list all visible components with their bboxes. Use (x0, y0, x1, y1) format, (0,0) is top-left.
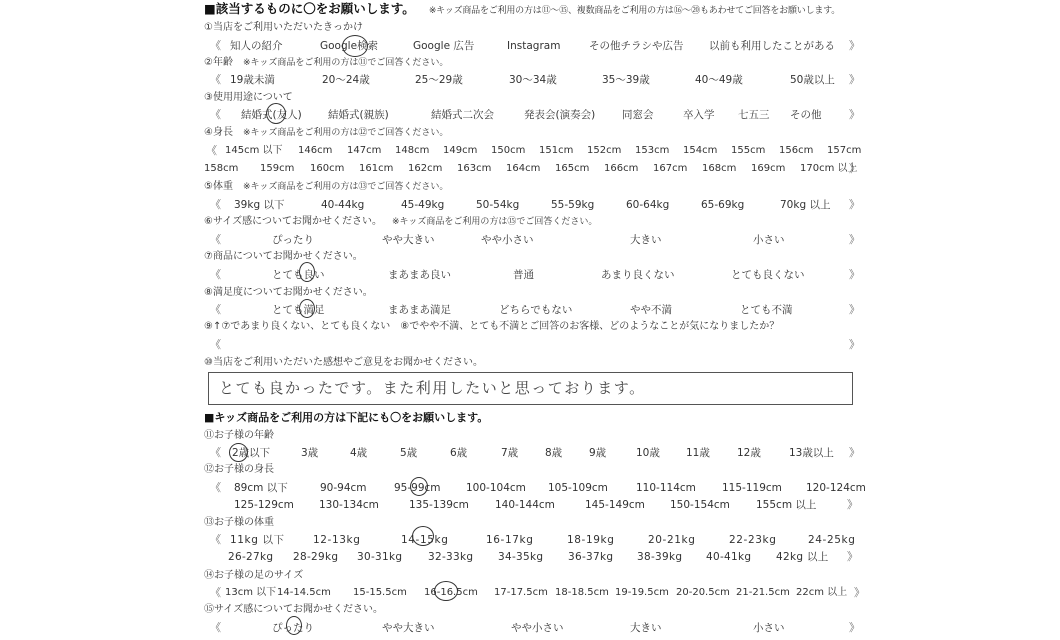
q4-option[interactable]: 161cm (359, 161, 393, 177)
q11-option[interactable]: 10歳 (636, 445, 660, 461)
q12-option[interactable]: 110-114cm (636, 480, 696, 496)
q15-option[interactable]: 小さい (753, 620, 785, 636)
q10-label: ⑩当店をご利用いただいた感想やご意見をお聞かせください。 (204, 356, 483, 370)
q14-option[interactable]: 13cm 以下 (225, 585, 276, 601)
q3-option[interactable]: 結婚式(親族) (328, 107, 389, 123)
q6-options: 《 ぴったり やや大きい やや小さい 大きい 小さい 》 (204, 232, 864, 248)
q1-option[interactable]: Google 広告 (413, 38, 474, 54)
q13-option[interactable]: 30-31kg (357, 549, 402, 565)
bracket-open: 《 (210, 197, 221, 213)
q6-option[interactable]: やや大きい (382, 232, 435, 248)
q1-options: 《 知人の紹介 Google検索 Google 広告 Instagram その他… (204, 38, 864, 54)
q14-option[interactable]: 22cm 以上 (796, 585, 847, 601)
q4-option[interactable]: 163cm (457, 161, 491, 177)
q4-label-text: ④身長 (204, 127, 233, 138)
q14-label: ⑭お子様の足のサイズ (204, 569, 303, 583)
q3-option[interactable]: 結婚式二次会 (431, 107, 494, 123)
q7-option[interactable]: あまり良くない (601, 267, 675, 283)
q6-note: ※キッズ商品をご利用の方は⑮でご回答ください。 (392, 217, 597, 227)
q12-option[interactable]: 100-104cm (466, 480, 526, 496)
q13-option[interactable]: 40-41kg (706, 549, 751, 565)
bracket-close: 》 (847, 497, 858, 513)
q5-label-text: ⑤体重 (204, 181, 233, 192)
q12-option[interactable]: 135-139cm (409, 497, 469, 513)
q8-label: ⑧満足度についてお聞かせください。 (204, 286, 373, 300)
q7-option[interactable]: 普通 (513, 267, 534, 283)
q11-option[interactable]: 9歳 (589, 445, 606, 461)
bracket-close: 》 (849, 620, 860, 636)
q6-option[interactable]: 小さい (753, 232, 785, 248)
q4-option[interactable]: 167cm (653, 161, 687, 177)
q3-option[interactable]: 同窓会 (622, 107, 654, 123)
q3-option[interactable]: 発表会(演奏会) (524, 107, 595, 123)
q13-option[interactable]: 42kg 以上 (776, 549, 829, 565)
q12-option[interactable]: 145-149cm (585, 497, 645, 513)
q7-option[interactable]: とても良くない (731, 267, 805, 283)
q14-option[interactable]: 17-17.5cm (494, 585, 548, 601)
q6-option[interactable]: やや小さい (481, 232, 534, 248)
bracket-open: 《 (206, 143, 217, 159)
q4-option[interactable]: 169cm (751, 161, 785, 177)
q13-option[interactable]: 22-23kg (729, 532, 776, 548)
bracket-open: 《 (210, 232, 221, 248)
q4-option[interactable]: 168cm (702, 161, 736, 177)
q13-label: ⑬お子様の体重 (204, 516, 274, 530)
q6-label: ⑥サイズ感についてお聞かせください。※キッズ商品をご利用の方は⑮でご回答ください… (204, 215, 597, 229)
q5-options: 《 39kg 以下 40-44kg 45-49kg 50-54kg 55-59k… (204, 197, 864, 213)
q15-option[interactable]: やや小さい (511, 620, 564, 636)
q13-option[interactable]: 34-35kg (498, 549, 543, 565)
q11-label: ⑪お子様の年齢 (204, 429, 274, 443)
q13-option[interactable]: 20-21kg (648, 532, 695, 548)
bracket-close: 》 (847, 549, 858, 565)
q1-option-selected[interactable]: Google検索 (320, 38, 378, 54)
q5-note: ※キッズ商品をご利用の方は⑬でご回答ください。 (243, 182, 448, 192)
q4-option[interactable]: 156cm (779, 143, 813, 159)
bracket-open: 《 (210, 302, 221, 318)
bracket-close: 》 (849, 38, 860, 54)
q3-option[interactable]: 七五三 (738, 107, 770, 123)
bracket-close: 》 (849, 197, 860, 213)
q10-comment-box[interactable]: とても良かったです。また利用したいと思っております。 (208, 372, 853, 405)
q4-option[interactable]: 154cm (683, 143, 717, 159)
q12-option-selected[interactable]: 95-99cm (394, 480, 441, 496)
q6-label-text: ⑥サイズ感についてお聞かせください。 (204, 216, 382, 227)
q2-option[interactable]: 25〜29歳 (415, 72, 463, 88)
q3-options: 《 結婚式(友人) 結婚式(親族) 結婚式二次会 発表会(演奏会) 同窓会 卒入… (204, 107, 864, 123)
bracket-close: 》 (849, 337, 860, 353)
q1-option[interactable]: 知人の紹介 (230, 38, 283, 54)
q2-option[interactable]: 30〜34歳 (509, 72, 557, 88)
bracket-open: 《 (210, 107, 221, 123)
bracket-close: 》 (849, 267, 860, 283)
q5-option[interactable]: 39kg 以下 (234, 197, 284, 213)
q14-option-selected[interactable]: 16-16.5cm (424, 585, 478, 601)
q3-option[interactable]: その他 (790, 107, 822, 123)
q4-options-line1: 《 145cm 以下 146cm 147cm 148cm 149cm 150cm… (204, 143, 864, 159)
q8-options: 《 とても満足 まあまあ満足 どちらでもない やや不満 とても不満 》 (204, 302, 864, 318)
q5-option[interactable]: 60-64kg (626, 197, 669, 213)
q9-label: ⑨↑⑦であまり良くない、とても良くない ⑧でやや不満、とても不満とご回答のお客様… (204, 320, 779, 334)
q14-option[interactable]: 21-21.5cm (736, 585, 790, 601)
q11-option[interactable]: 4歳 (350, 445, 367, 461)
q14-option[interactable]: 18-18.5cm (555, 585, 609, 601)
q2-note: ※キッズ商品をご利用の方は⑪でご回答ください。 (243, 58, 448, 68)
q12-option[interactable]: 125-129cm (234, 497, 294, 513)
q2-options: 《 19歳未満 20〜24歳 25〜29歳 30〜34歳 35〜39歳 40〜4… (204, 72, 864, 88)
q11-option-selected[interactable]: 2歳以下 (232, 445, 270, 461)
bracket-close: 》 (849, 72, 860, 88)
bracket-close: 》 (849, 107, 860, 123)
q4-option[interactable]: 146cm (298, 143, 332, 159)
q8-option-selected[interactable]: とても満足 (272, 302, 325, 318)
q12-option[interactable]: 150-154cm (670, 497, 730, 513)
q3-option[interactable]: 卒入学 (683, 107, 715, 123)
q11-option[interactable]: 8歳 (545, 445, 562, 461)
q2-label: ②年齢※キッズ商品をご利用の方は⑪でご回答ください。 (204, 56, 448, 70)
q13-option[interactable]: 28-29kg (293, 549, 338, 565)
q12-option[interactable]: 130-134cm (319, 497, 379, 513)
q12-option[interactable]: 115-119cm (722, 480, 782, 496)
q5-option[interactable]: 50-54kg (476, 197, 519, 213)
q13-option[interactable]: 36-37kg (568, 549, 613, 565)
q2-option[interactable]: 35〜39歳 (602, 72, 650, 88)
q14-option[interactable]: 20-20.5cm (676, 585, 730, 601)
q12-option[interactable]: 105-109cm (548, 480, 608, 496)
q13-options-line2: 26-27kg 28-29kg 30-31kg 32-33kg 34-35kg … (204, 549, 869, 565)
q13-option[interactable]: 32-33kg (428, 549, 473, 565)
bracket-open: 《 (210, 445, 221, 461)
q5-option[interactable]: 45-49kg (401, 197, 444, 213)
kids-section-title: ■キッズ商品をご利用の方は下記にも〇をお願いします。 (204, 410, 488, 425)
q2-option[interactable]: 40〜49歳 (695, 72, 743, 88)
q11-option[interactable]: 12歳 (737, 445, 761, 461)
bracket-open: 《 (210, 38, 221, 54)
q8-option[interactable]: とても不満 (740, 302, 793, 318)
q5-option[interactable]: 55-59kg (551, 197, 594, 213)
q8-option[interactable]: どちらでもない (499, 302, 572, 318)
q13-option[interactable]: 18-19kg (567, 532, 614, 548)
q8-option[interactable]: まあまあ満足 (388, 302, 451, 318)
q4-option[interactable]: 145cm 以下 (225, 143, 283, 159)
q7-options: 《 とても良い まあまあ良い 普通 あまり良くない とても良くない 》 (204, 267, 864, 283)
form-title-note: ※キッズ商品をご利用の方は⑪〜⑮、複数商品をご利用の方は⑯〜⑳もあわせてご回答を… (429, 6, 840, 16)
q15-options: 《 ぴったり やや大きい やや小さい 大きい 小さい 》 (204, 620, 864, 636)
q4-options-line2: 158cm 159cm 160cm 161cm 162cm 163cm 164c… (204, 161, 864, 177)
q5-option[interactable]: 40-44kg (321, 197, 364, 213)
bracket-close: 》 (849, 302, 860, 318)
q13-option[interactable]: 38-39kg (637, 549, 682, 565)
bracket-open: 《 (210, 267, 221, 283)
q1-label: ①当店をご利用いただいたきっかけ (204, 21, 363, 35)
q3-option-selected[interactable]: 結婚式(友人) (241, 107, 302, 123)
q15-option-selected[interactable]: ぴったり (272, 620, 314, 636)
q13-option[interactable]: 26-27kg (228, 549, 273, 565)
q7-option[interactable]: まあまあ良い (388, 267, 451, 283)
bracket-open: 《 (210, 480, 221, 496)
q12-options-line2: 125-129cm 130-134cm 135-139cm 140-144cm … (204, 497, 869, 513)
bracket-close: 》 (849, 232, 860, 248)
q5-option[interactable]: 65-69kg (701, 197, 744, 213)
q11-options: 《 2歳以下 3歳 4歳 5歳 6歳 7歳 8歳 9歳 10歳 11歳 12歳 … (204, 445, 864, 461)
q12-option[interactable]: 89cm 以下 (234, 480, 288, 496)
q12-option[interactable]: 140-144cm (495, 497, 555, 513)
q4-option[interactable]: 162cm (408, 161, 442, 177)
q11-option[interactable]: 13歳以上 (789, 445, 834, 461)
q11-option[interactable]: 7歳 (501, 445, 518, 461)
form-title-text: ■該当するものに〇をお願いします。 (204, 1, 415, 16)
q12-option[interactable]: 90-94cm (320, 480, 367, 496)
q14-option[interactable]: 14-14.5cm (277, 585, 331, 601)
q4-option[interactable]: 148cm (395, 143, 429, 159)
q13-option[interactable]: 11kg 以下 (230, 532, 285, 548)
q11-option[interactable]: 5歳 (400, 445, 417, 461)
bracket-close: 》 (854, 585, 865, 601)
q4-option[interactable]: 160cm (310, 161, 344, 177)
q4-option[interactable]: 159cm (260, 161, 294, 177)
form-title: ■該当するものに〇をお願いします。※キッズ商品をご利用の方は⑪〜⑮、複数商品をご… (204, 1, 840, 17)
q5-label: ⑤体重※キッズ商品をご利用の方は⑬でご回答ください。 (204, 180, 448, 194)
q15-option[interactable]: やや大きい (382, 620, 435, 636)
survey-form: ■該当するものに〇をお願いします。※キッズ商品をご利用の方は⑪〜⑮、複数商品をご… (0, 0, 1060, 640)
q4-option[interactable]: 153cm (635, 143, 669, 159)
q13-options-line1: 《 11kg 以下 12-13kg 14-15kg 16-17kg 18-19k… (204, 532, 869, 548)
q4-option[interactable]: 151cm (539, 143, 573, 159)
q11-option[interactable]: 11歳 (686, 445, 710, 461)
q13-option[interactable]: 12-13kg (313, 532, 360, 548)
bracket-open: 《 (210, 72, 221, 88)
bracket-close: 》 (849, 161, 860, 177)
q2-option[interactable]: 20〜24歳 (322, 72, 370, 88)
q8-option[interactable]: やや不満 (630, 302, 672, 318)
q4-label: ④身長※キッズ商品をご利用の方は⑫でご回答ください。 (204, 126, 448, 140)
q6-option[interactable]: 大きい (630, 232, 662, 248)
q2-label-text: ②年齢 (204, 57, 233, 68)
q12-label: ⑫お子様の身長 (204, 463, 274, 477)
q14-options: 《 13cm 以下 14-14.5cm 15-15.5cm 16-16.5cm … (204, 585, 869, 601)
q3-label: ③使用用途について (204, 91, 293, 105)
q14-option[interactable]: 15-15.5cm (353, 585, 407, 601)
q13-option[interactable]: 24-25kg (808, 532, 855, 548)
q1-option[interactable]: 以前も利用したことがある (709, 38, 835, 54)
q12-option[interactable]: 155cm 以上 (756, 497, 816, 513)
q1-option[interactable]: Instagram (507, 38, 560, 54)
q13-option[interactable]: 16-17kg (486, 532, 533, 548)
q11-option[interactable]: 6歳 (450, 445, 467, 461)
bracket-open: 《 (210, 532, 222, 548)
q4-option[interactable]: 150cm (491, 143, 525, 159)
q4-option[interactable]: 155cm (731, 143, 765, 159)
q4-option[interactable]: 157cm (827, 143, 861, 159)
q2-option[interactable]: 19歳未満 (230, 72, 275, 88)
q12-option[interactable]: 120-124cm (806, 480, 866, 496)
q15-option[interactable]: 大きい (630, 620, 662, 636)
q4-option[interactable]: 166cm (604, 161, 638, 177)
bracket-open: 《 (210, 620, 221, 636)
q9-answer-field[interactable]: 《 》 (204, 337, 864, 353)
q4-option[interactable]: 158cm (204, 161, 238, 177)
bracket-open: 《 (210, 585, 221, 601)
q4-option[interactable]: 165cm (555, 161, 589, 177)
q2-option[interactable]: 50歳以上 (790, 72, 835, 88)
bracket-open: 《 (210, 337, 221, 353)
q6-option[interactable]: ぴったり (272, 232, 314, 248)
q4-option[interactable]: 164cm (506, 161, 540, 177)
q14-option[interactable]: 19-19.5cm (615, 585, 669, 601)
q5-option[interactable]: 70kg 以上 (780, 197, 830, 213)
q15-label: ⑮サイズ感についてお聞かせください。 (204, 603, 383, 617)
q7-option-selected[interactable]: とても良い (272, 267, 325, 283)
q4-note: ※キッズ商品をご利用の方は⑫でご回答ください。 (243, 128, 448, 138)
q1-option[interactable]: その他チラシや広告 (589, 38, 684, 54)
q11-option[interactable]: 3歳 (301, 445, 318, 461)
q7-label: ⑦商品についてお聞かせください。 (204, 250, 363, 264)
q4-option[interactable]: 147cm (347, 143, 381, 159)
q13-option-selected[interactable]: 14-15kg (401, 532, 448, 548)
q12-options-line1: 《 89cm 以下 90-94cm 95-99cm 100-104cm 105-… (204, 480, 869, 496)
q4-option[interactable]: 149cm (443, 143, 477, 159)
q4-option[interactable]: 152cm (587, 143, 621, 159)
bracket-close: 》 (849, 445, 860, 461)
